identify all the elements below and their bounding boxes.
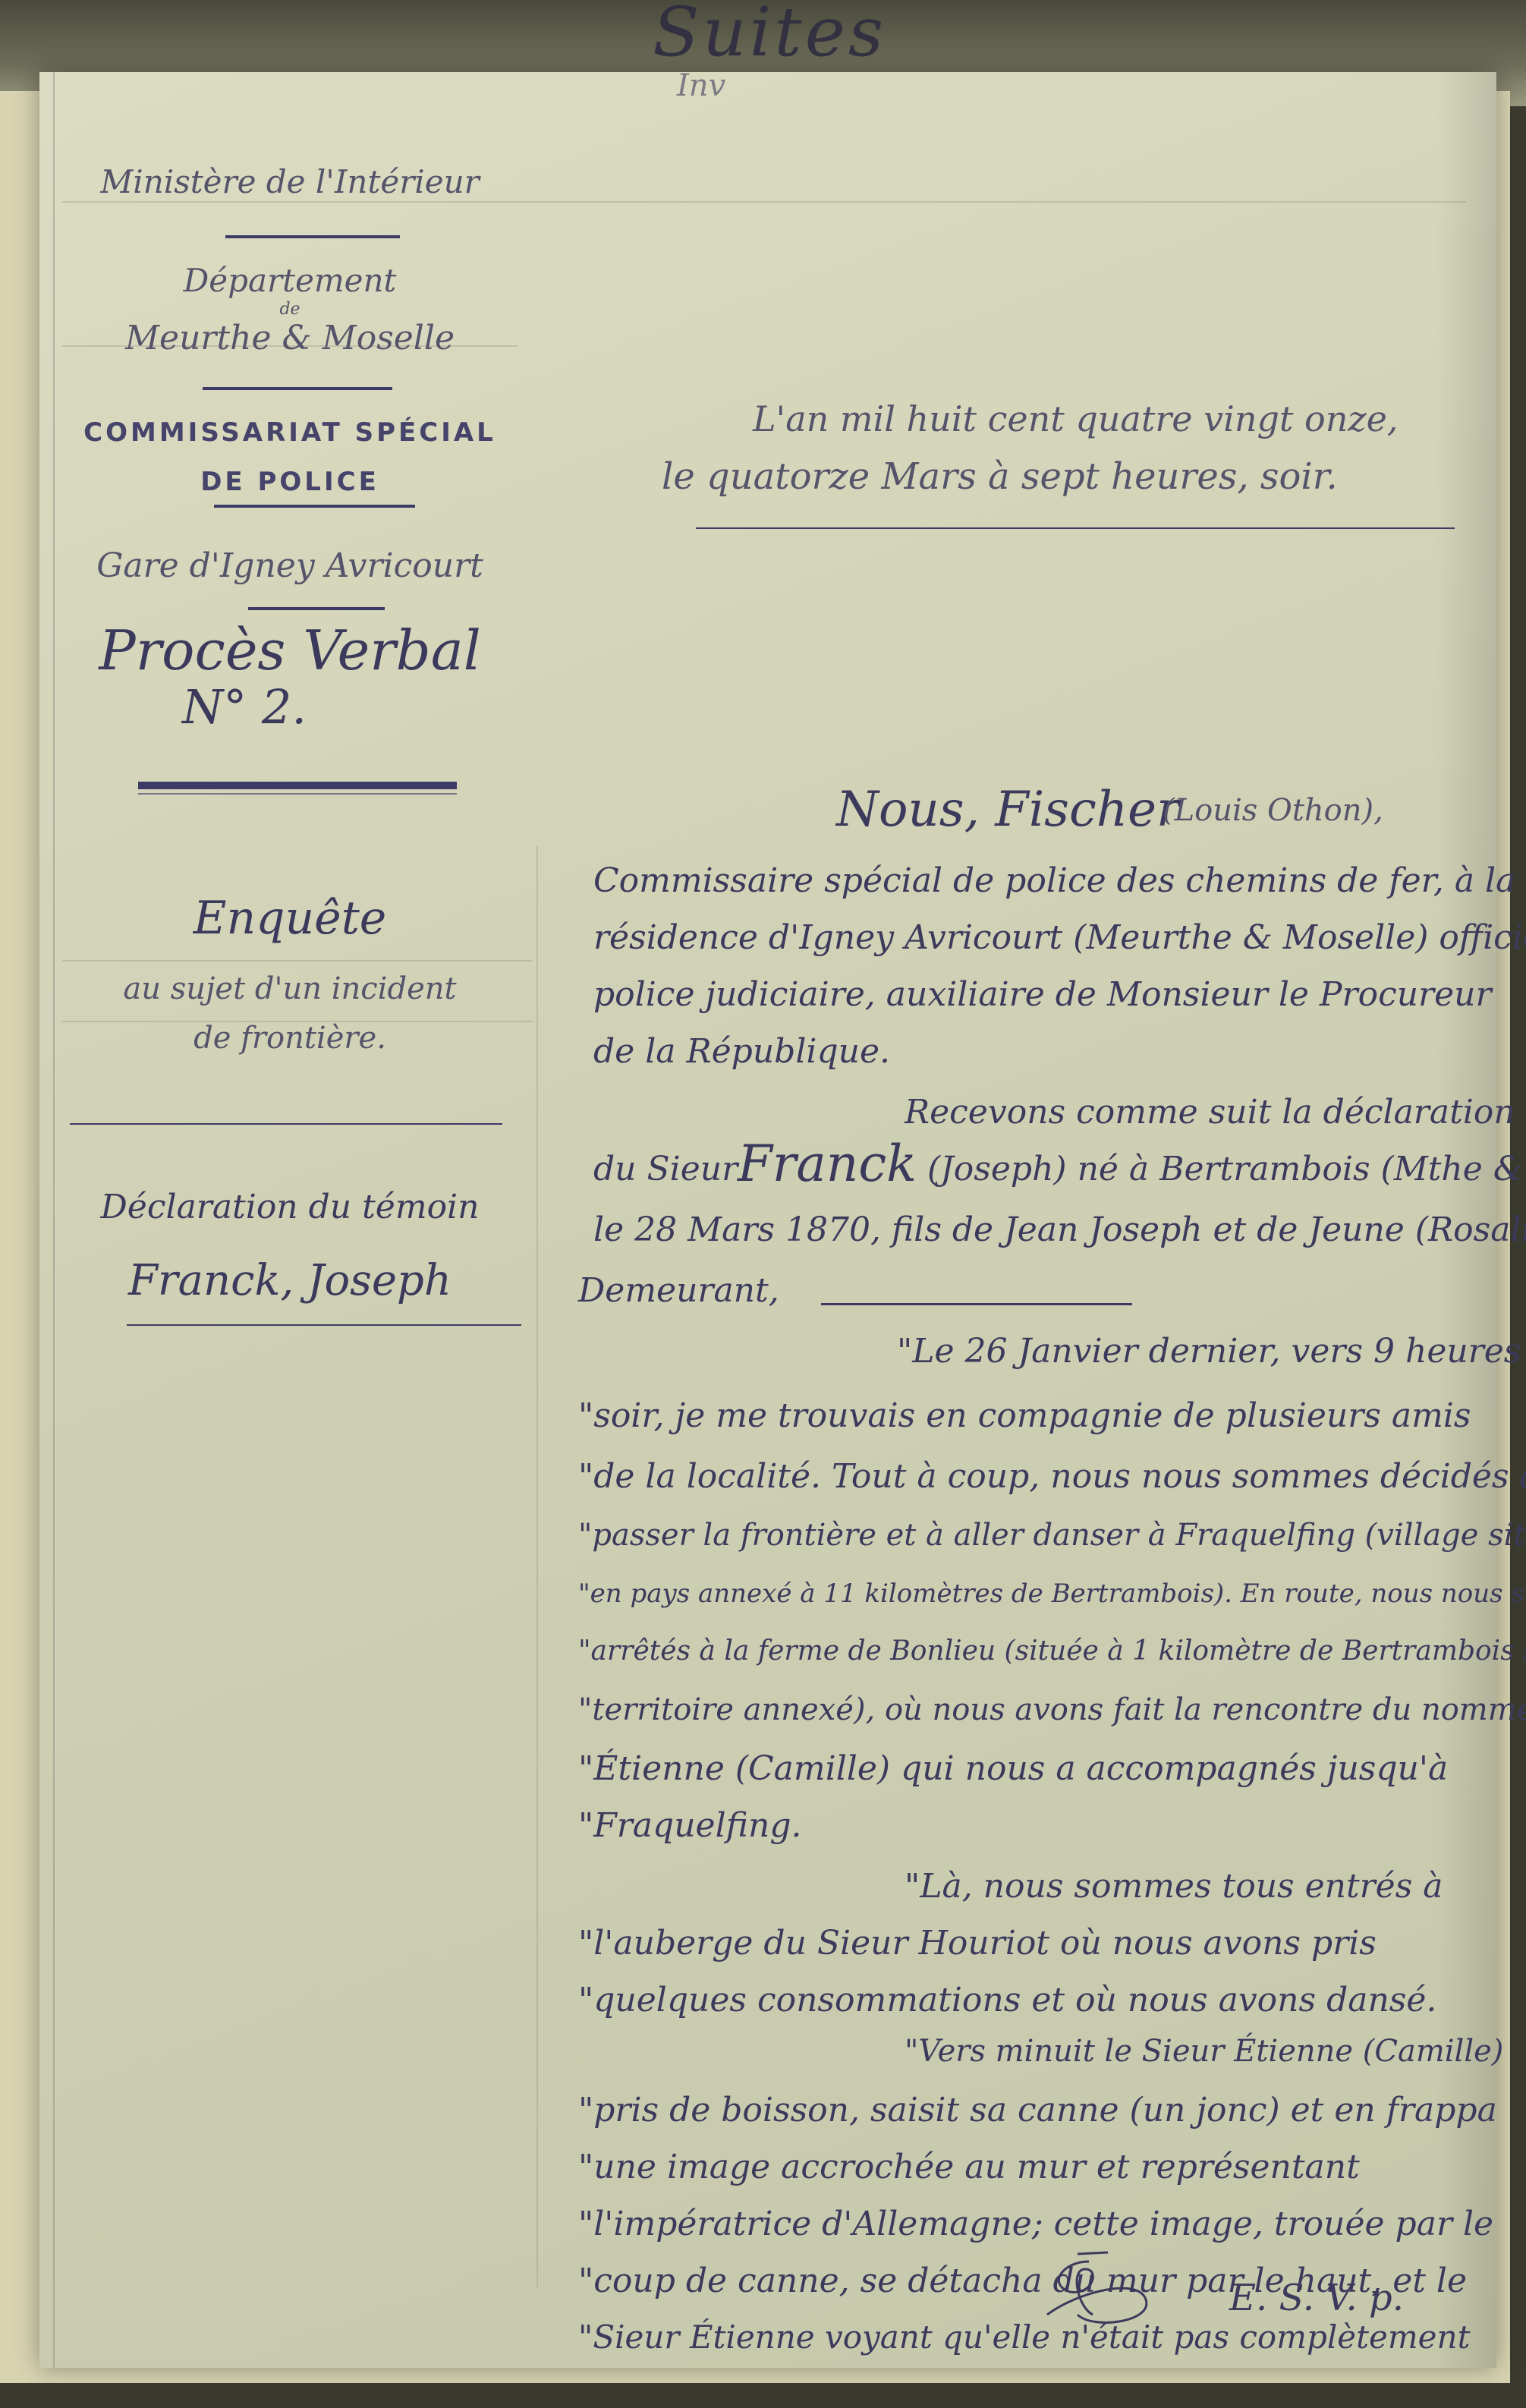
author-name: Nous, Fischer [836, 782, 1180, 838]
stamp-police: DE POLICE [55, 467, 525, 497]
subject-title: Enquête [55, 892, 525, 945]
body-line: "une image accrochée au mur et représent… [578, 2148, 1360, 2186]
divider [225, 235, 400, 238]
highlight-name: Franck [738, 1135, 917, 1193]
ruled-line [62, 201, 1466, 203]
body-line: "passer la frontière et à aller danser à… [578, 1518, 1526, 1553]
body-line: "Fraquelfing. [578, 1806, 802, 1845]
date-line-1: L'an mil huit cent quatre vingt onze, [753, 398, 1398, 439]
subject-line-1: au sujet d'un incident [55, 971, 525, 1006]
body-line: "soir, je me trouvais en compagnie de pl… [578, 1396, 1471, 1435]
author-given-names: (Louis Othon), [1163, 793, 1383, 828]
divider [248, 607, 385, 610]
body-line: Commissaire spécial de police des chemin… [593, 861, 1515, 900]
body-line: "quelques consommations et où nous avons… [578, 1981, 1436, 2019]
body-line: "territoire annexé), où nous avons fait … [578, 1692, 1526, 1727]
body-line: "arrêtés à la ferme de Bonlieu (située à… [578, 1635, 1526, 1667]
body-line: police judiciaire, auxiliaire de Monsieu… [593, 975, 1492, 1014]
demeurant-underline [821, 1303, 1132, 1305]
body-line: (Joseph) né à Bertrambois (Mthe & Mlle) [927, 1150, 1526, 1188]
stamp-underline [214, 505, 415, 508]
body-line: "en pays annexé à 11 kilomètres de Bertr… [578, 1579, 1526, 1609]
date-line-2: le quatorze Mars à sept heures, soir. [662, 455, 1338, 498]
divider [203, 387, 392, 390]
document-type: Procès Verbal [55, 619, 525, 682]
body-line: de la République. [593, 1032, 890, 1071]
department-label: Département [55, 262, 525, 299]
department-de: de [55, 300, 525, 319]
divider [127, 1324, 521, 1326]
body-line: "l'impératrice d'Allemagne; cette image,… [578, 2205, 1493, 2243]
signature-flourish-icon [1032, 2239, 1169, 2337]
page-continuation-mark: E. S. V. p. [1229, 2277, 1404, 2319]
subject-line-2: de frontière. [55, 1021, 525, 1056]
body-line: "Sieur Étienne voyant qu'elle n'était pa… [578, 2318, 1470, 2356]
underlying-sheet-text: Suites [653, 0, 886, 72]
double-rule-thin [138, 793, 457, 795]
body-line: "Le 26 Janvier dernier, vers 9 heures du [897, 1332, 1526, 1371]
corner-mark: Inv [677, 68, 725, 103]
body-line: Demeurant, [578, 1271, 779, 1310]
body-line: Recevons comme suit la déclaration [905, 1093, 1515, 1132]
document-number: N° 2. [9, 679, 480, 735]
station-label: Gare d'Igney Avricourt [55, 546, 525, 585]
stamp-commissariat: COMMISSARIAT SPÉCIAL [55, 417, 525, 448]
declaration-label: Déclaration du témoin [55, 1188, 525, 1226]
document-page: Inv Ministère de l'Intérieur Département… [39, 72, 1496, 2368]
initials-signature [1032, 2239, 1169, 2337]
body-line: "Là, nous sommes tous entrés à [905, 1867, 1443, 1906]
body-line: du Sieur [593, 1150, 738, 1188]
divider [70, 1123, 502, 1125]
body-line: "Étienne (Camille) qui nous a accompagné… [578, 1749, 1448, 1788]
body-line: résidence d'Igney Avricourt (Meurthe & M… [593, 918, 1526, 957]
date-underline [696, 527, 1455, 529]
margin-divider [536, 846, 538, 2288]
body-line: le 28 Mars 1870, fils de Jean Joseph et … [593, 1210, 1526, 1249]
witness-name: Franck, Joseph [55, 1256, 525, 1305]
ministry-label: Ministère de l'Intérieur [55, 163, 525, 200]
body-line: "pris de boisson, saisit sa canne (un jo… [578, 2091, 1497, 2129]
body-line: "l'auberge du Sieur Houriot où nous avon… [578, 1924, 1377, 1963]
department-name: Meurthe & Moselle [55, 319, 525, 357]
ruled-line [62, 960, 533, 962]
body-line: "Vers minuit le Sieur Étienne (Camille) [905, 2034, 1503, 2069]
double-rule [138, 782, 457, 789]
body-line: "de la localité. Tout à coup, nous nous … [578, 1457, 1526, 1496]
